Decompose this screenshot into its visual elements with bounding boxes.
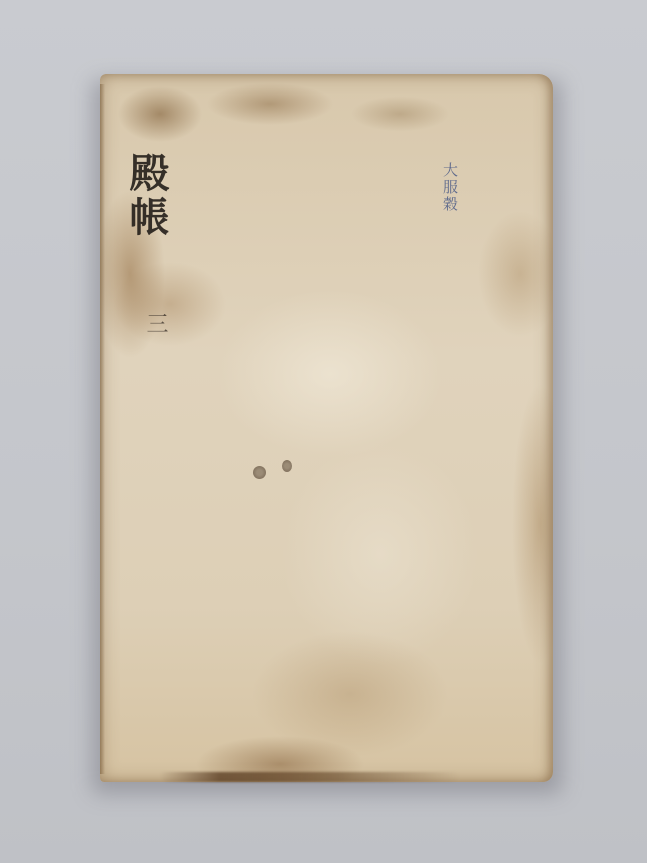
worn-bottom-edge xyxy=(160,772,460,782)
blue-ink-annotation: 大服穀 xyxy=(440,162,461,213)
handwritten-title: 殿帳 xyxy=(126,152,166,240)
stain-spot xyxy=(282,460,292,472)
book-cover: 殿帳 三 大服穀 xyxy=(100,74,553,782)
book-spine-edge xyxy=(100,84,105,774)
handwritten-title-mark: 三 xyxy=(140,312,171,334)
stain-spot xyxy=(253,466,266,479)
